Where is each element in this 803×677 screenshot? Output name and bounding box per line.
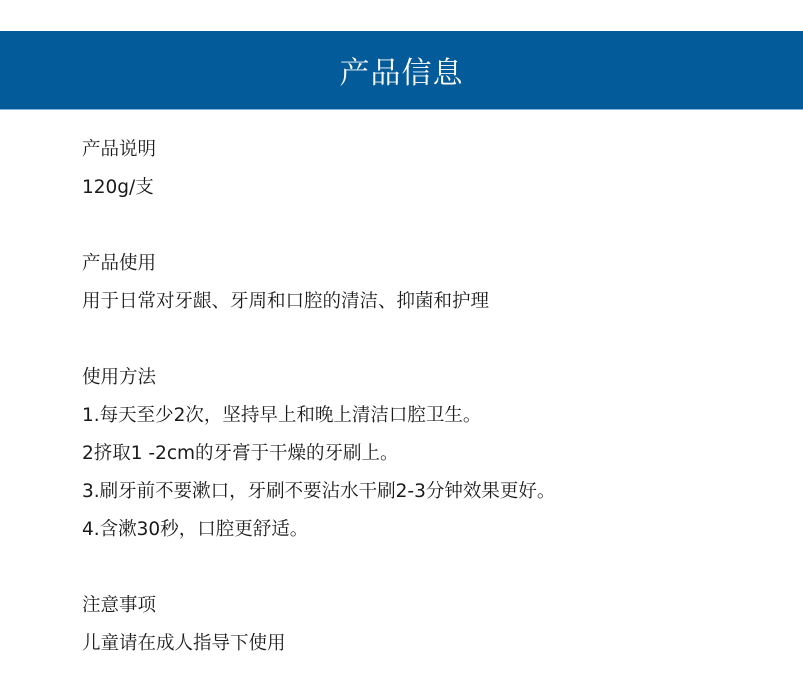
- method-step-1: 1.每天至少2次，坚持早上和晚上清洁口腔卫生。: [82, 404, 481, 428]
- method-step-2: 2挤取1 -2cm的牙膏于干燥的牙刷上。: [82, 442, 399, 466]
- section-heading-description: 产品说明: [82, 138, 156, 162]
- description-text: 120g/支: [82, 176, 154, 200]
- section-heading-method: 使用方法: [82, 366, 156, 390]
- page-title: 产品信息: [340, 48, 464, 92]
- method-step-4: 4.含漱30秒，口腔更舒适。: [82, 518, 308, 542]
- method-step-3: 3.刷牙前不要漱口，牙刷不要沾水干刷2-3分钟效果更好。: [82, 480, 555, 504]
- section-heading-usage: 产品使用: [82, 252, 156, 276]
- section-heading-notes: 注意事项: [82, 594, 156, 618]
- notes-text: 儿童请在成人指导下使用: [82, 632, 286, 656]
- usage-text: 用于日常对牙龈、牙周和口腔的清洁、抑菌和护理: [82, 290, 489, 314]
- header-banner: 产品信息: [0, 31, 803, 110]
